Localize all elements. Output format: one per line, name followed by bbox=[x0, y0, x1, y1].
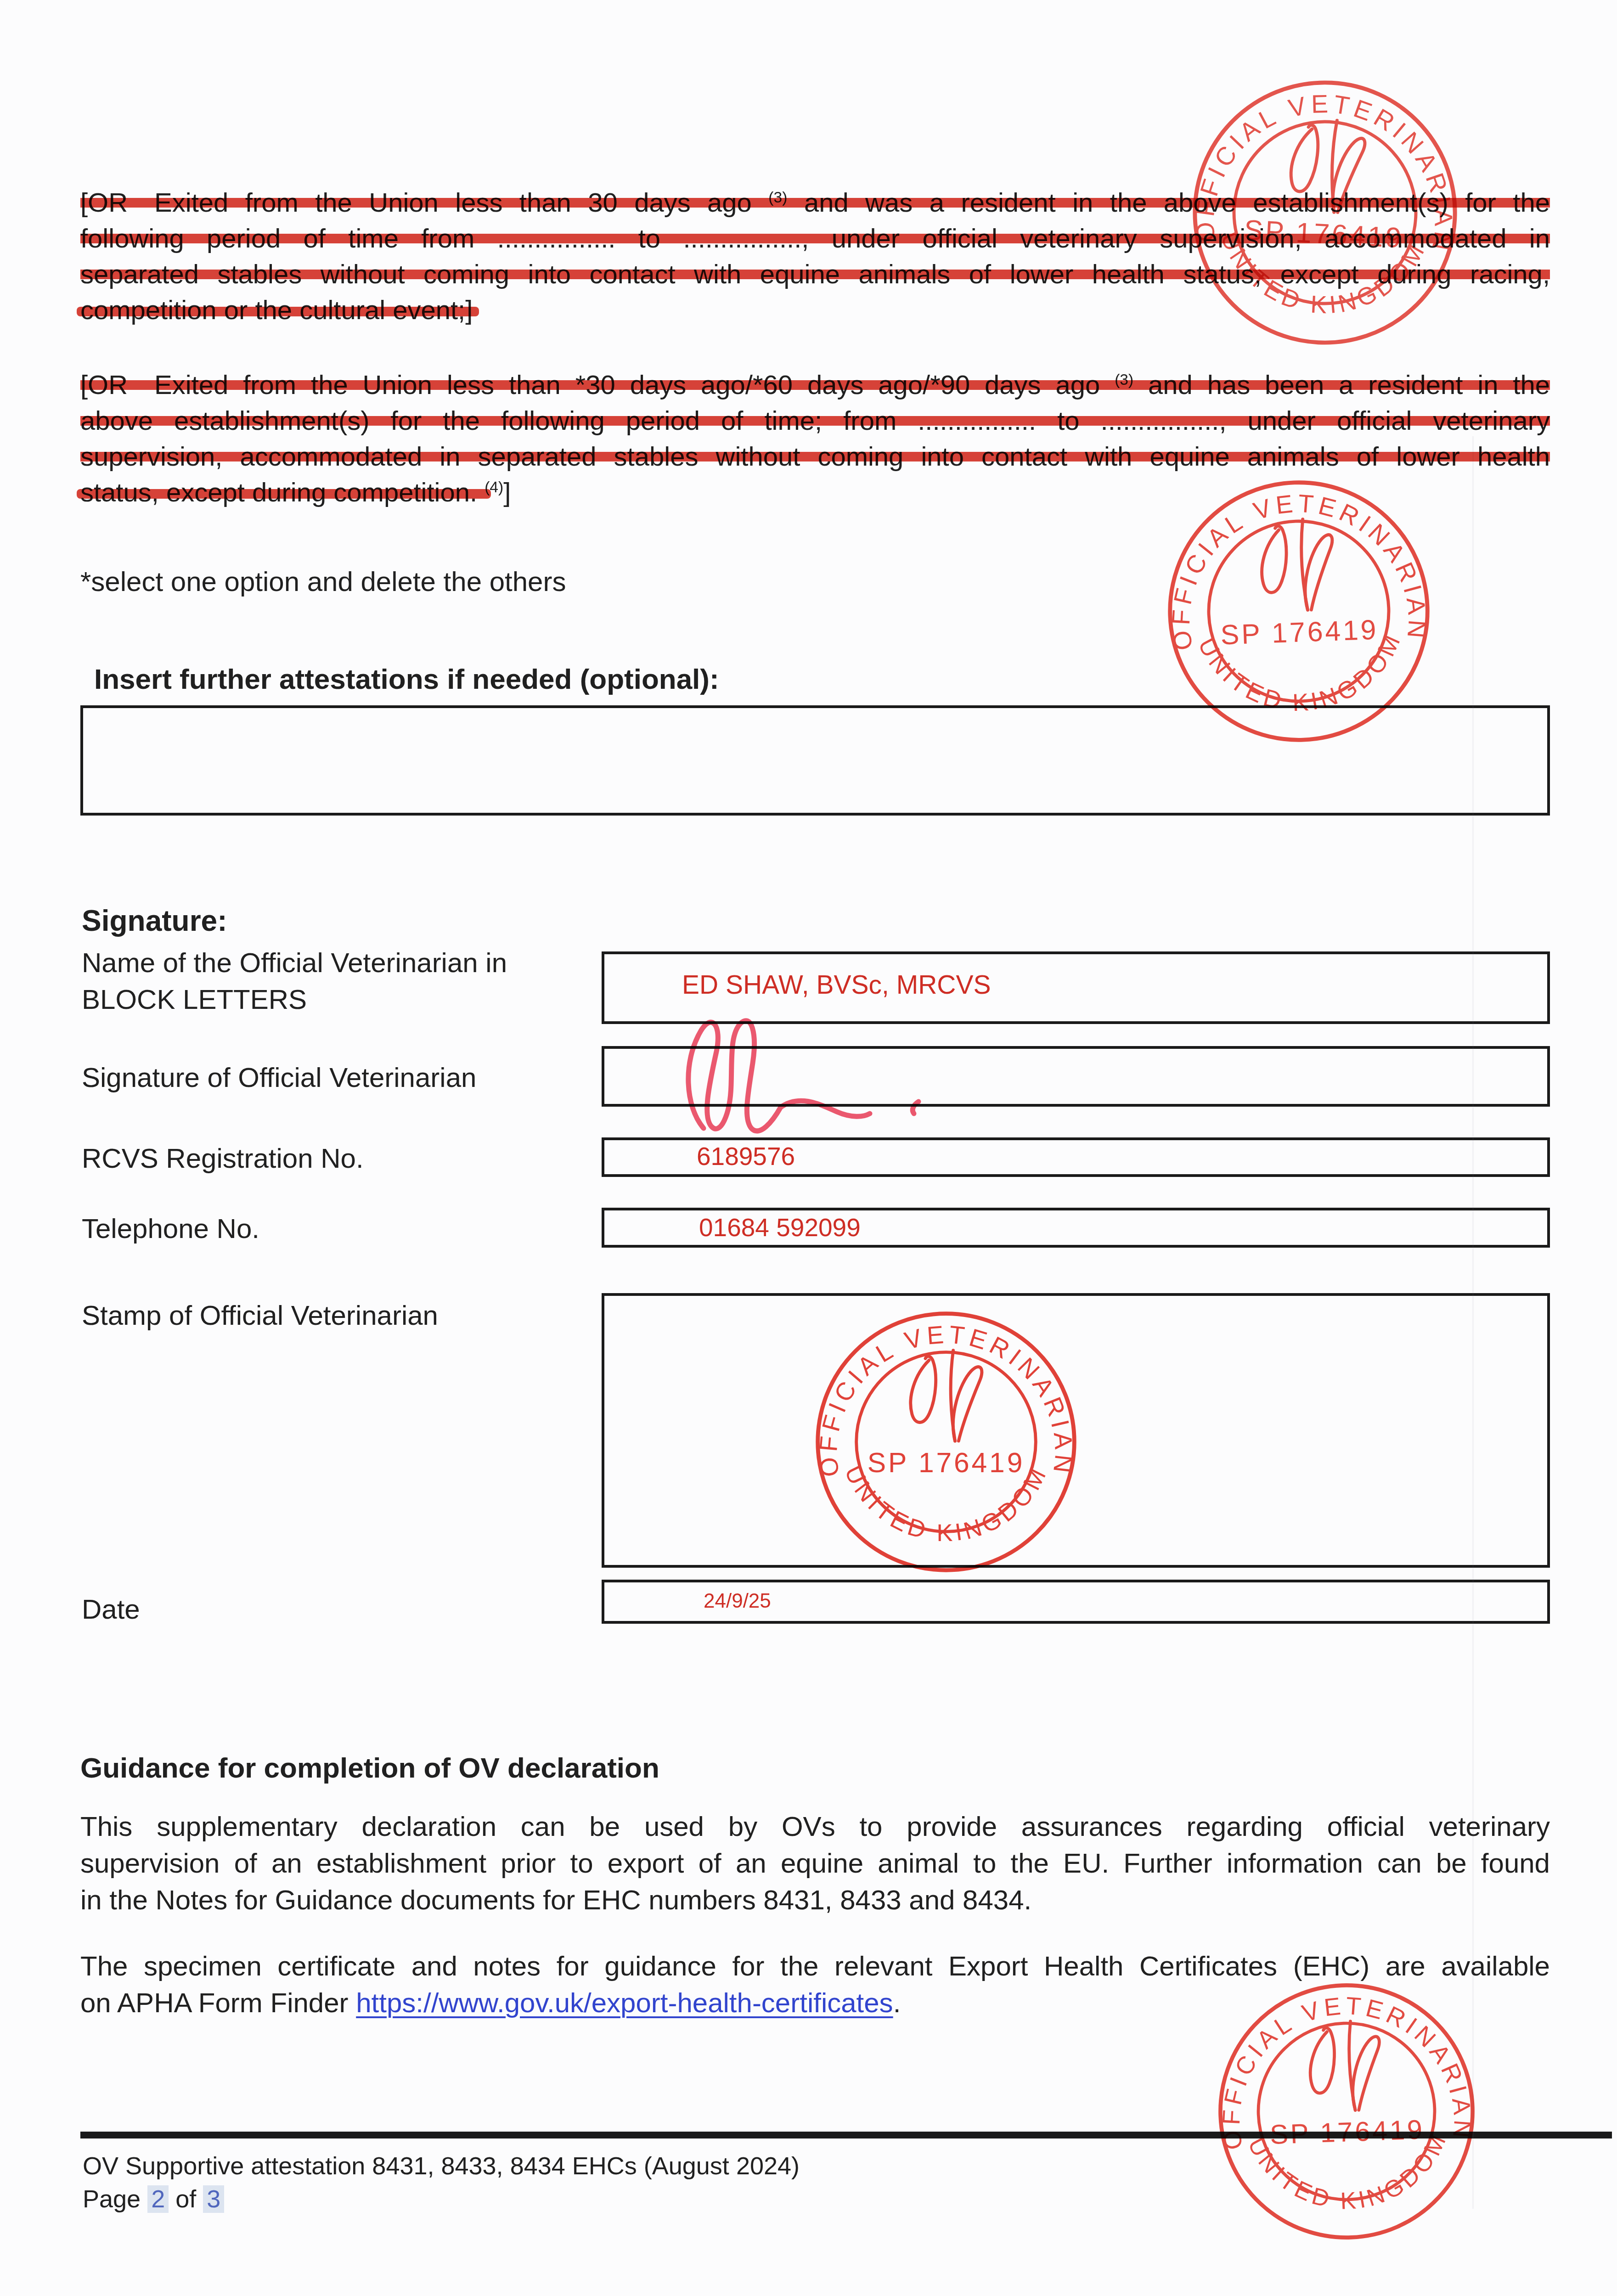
label-text: BLOCK LETTERS bbox=[82, 984, 307, 1015]
page-total-number: 3 bbox=[203, 2185, 224, 2213]
guidance-text: The specimen certificate and notes for g… bbox=[80, 1951, 1550, 1981]
name-of-ov-value: ED SHAW, BVSc, MRCVS bbox=[682, 970, 991, 1000]
deleted-text-line: supervision, accommodated in separated s… bbox=[80, 439, 1550, 475]
svg-text:SP 176419: SP 176419 bbox=[1220, 614, 1379, 651]
date-label: Date bbox=[82, 1591, 592, 1628]
label-text: Name of the Official Veterinarian in bbox=[82, 947, 507, 978]
svg-text:SP 176419: SP 176419 bbox=[868, 1447, 1025, 1478]
deleted-text: [OR Exited from the Union less than *30 … bbox=[80, 370, 1115, 400]
signature-section-heading: Signature: bbox=[82, 902, 227, 940]
official-veterinarian-stamp-graphic: OFFICIAL VETERINARIANUNITED KINGDOMSP 17… bbox=[1159, 472, 1438, 751]
telephone-label: Telephone No. bbox=[82, 1210, 592, 1247]
guidance-text: This supplementary declaration can be us… bbox=[80, 1811, 1550, 1842]
rcvs-registration-label: RCVS Registration No. bbox=[82, 1140, 592, 1177]
page-current-number: 2 bbox=[147, 2185, 169, 2213]
signature-of-ov-label: Signature of Official Veterinarian bbox=[82, 1059, 592, 1096]
scan-artifact-line bbox=[1472, 436, 1474, 2209]
footnote-ref: (3) bbox=[1115, 371, 1133, 388]
svg-text:SP 176419: SP 176419 bbox=[1269, 2114, 1425, 2150]
deleted-text: and has been a resident in the bbox=[1133, 370, 1550, 400]
deleted-text-line: above establishment(s) for the following… bbox=[80, 403, 1550, 439]
guidance-paragraph-1: This supplementary declaration can be us… bbox=[80, 1808, 1550, 1919]
guidance-text-line: The specimen certificate and notes for g… bbox=[80, 1948, 1550, 1985]
official-veterinarian-stamp: OFFICIAL VETERINARIANUNITED KINGDOMSP 17… bbox=[811, 1307, 1081, 1576]
deleted-text: status, except during competition. bbox=[80, 478, 485, 507]
official-veterinarian-stamp-graphic: OFFICIAL VETERINARIANUNITED KINGDOMSP 17… bbox=[811, 1307, 1081, 1576]
export-health-certificates-link[interactable]: https://www.gov.uk/export-health-certifi… bbox=[356, 1987, 893, 2018]
guidance-heading: Guidance for completion of OV declaratio… bbox=[80, 1750, 659, 1787]
official-veterinarian-stamp-graphic: OFFICIAL VETERINARIANUNITED KINGDOMSP 17… bbox=[1210, 1975, 1483, 2248]
select-option-note: *select one option and delete the others bbox=[80, 564, 566, 600]
footer-page-indicator: Page 2 of 3 bbox=[83, 2183, 224, 2215]
further-attestations-heading: Insert further attestations if needed (o… bbox=[94, 661, 719, 698]
deleted-text: competition or the cultural event;] bbox=[80, 295, 473, 325]
stamp-of-ov-label: Stamp of Official Veterinarian bbox=[82, 1297, 592, 1334]
page-word: Page bbox=[83, 2185, 147, 2213]
deleted-text-line: [OR Exited from the Union less than *30 … bbox=[80, 367, 1550, 403]
svg-text:SP 176419: SP 176419 bbox=[1243, 214, 1404, 254]
guidance-text: on APHA Form Finder bbox=[80, 1987, 356, 2018]
deleted-text: ] bbox=[503, 478, 511, 507]
guidance-text: supervision of an establishment prior to… bbox=[80, 1848, 1550, 1879]
name-of-ov-label: Name of the Official Veterinarian in BLO… bbox=[82, 945, 592, 1018]
official-veterinarian-stamp-graphic: OFFICIAL VETERINARIANUNITED KINGDOMSP 17… bbox=[1182, 69, 1468, 356]
rcvs-registration-value: 6189576 bbox=[697, 1142, 795, 1171]
guidance-text: . bbox=[893, 1987, 901, 2018]
guidance-text-line: This supplementary declaration can be us… bbox=[80, 1808, 1550, 1845]
official-veterinarian-stamp: OFFICIAL VETERINARIANUNITED KINGDOMSP 17… bbox=[1182, 69, 1468, 356]
guidance-text: in the Notes for Guidance documents for … bbox=[80, 1885, 1031, 1915]
deleted-text: [OR Exited from the Union less than 30 d… bbox=[80, 188, 768, 218]
ov-signature-scribble bbox=[661, 1008, 946, 1146]
official-veterinarian-stamp: OFFICIAL VETERINARIANUNITED KINGDOMSP 17… bbox=[1210, 1975, 1483, 2248]
deleted-text: supervision, accommodated in separated s… bbox=[80, 442, 1550, 472]
telephone-value: 01684 592099 bbox=[699, 1213, 861, 1242]
official-veterinarian-stamp: OFFICIAL VETERINARIANUNITED KINGDOMSP 17… bbox=[1159, 472, 1438, 751]
guidance-text-line: in the Notes for Guidance documents for … bbox=[80, 1882, 1550, 1919]
date-value: 24/9/25 bbox=[704, 1590, 771, 1613]
footer-document-title: OV Supportive attestation 8431, 8433, 84… bbox=[83, 2150, 800, 2182]
of-word: of bbox=[169, 2185, 203, 2213]
guidance-text-line: supervision of an establishment prior to… bbox=[80, 1845, 1550, 1882]
footnote-ref: (3) bbox=[768, 189, 787, 206]
scanned-document-page: [OR Exited from the Union less than 30 d… bbox=[0, 0, 1617, 2296]
deleted-text: above establishment(s) for the following… bbox=[80, 406, 1550, 436]
